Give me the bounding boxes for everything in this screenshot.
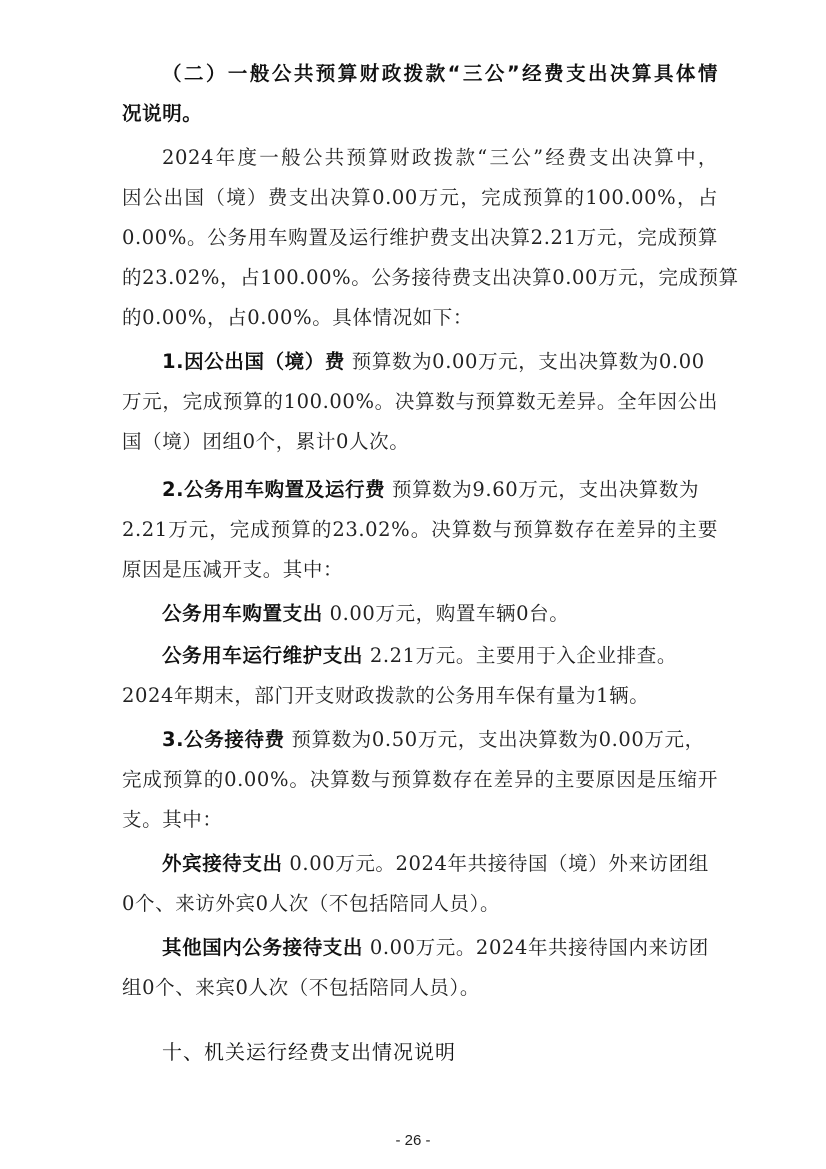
item3-foreign-line: 外宾接待支出 0.00万元。2024年共接待国（境）外来访团组 [162,850,718,878]
item2-maintenance-line-2: 2024年期末，部门开支财政拨款的公务用车保有量为1辆。 [122,682,718,710]
section-heading-line-2: 况说明。 [122,100,718,128]
item1-line-3: 国（境）团组0个，累计0人次。 [122,428,718,456]
item2-line-3: 原因是压减开支。其中： [122,556,718,584]
item1-title: 1.因公出国（境）费 [162,350,345,373]
item3-domestic-text: 0.00万元。2024年共接待国内来访团 [363,936,709,959]
item3-title: 3.公务接待费 [162,728,285,751]
next-section-heading: 十、机关运行经费支出情况说明 [162,1038,718,1066]
item3-domestic-title: 其他国内公务接待支出 [162,936,363,959]
item2-line-2: 2.21万元，完成预算的23.02%。决算数与预算数存在差异的主要 [122,516,718,544]
item2-text: 预算数为9.60万元，支出决算数为 [385,478,699,501]
item3-domestic-line: 其他国内公务接待支出 0.00万元。2024年共接待国内来访团 [162,934,718,962]
item2-purchase-line: 公务用车购置支出 0.00万元，购置车辆0台。 [162,600,718,628]
summary-line-1: 2024年度一般公共预算财政拨款“三公”经费支出决算中， [162,144,718,172]
item3-foreign-line-2: 0个、来访外宾0人次（不包括陪同人员）。 [122,890,718,918]
section-heading-line-1: （二）一般公共预算财政拨款“三公”经费支出决算具体情 [162,60,718,88]
item3-domestic-line-2: 组0个、来宾0人次（不包括陪同人员）。 [122,974,718,1002]
document-page: （二）一般公共预算财政拨款“三公”经费支出决算具体情 况说明。 2024年度一般… [0,0,826,1169]
summary-line-5: 的0.00%，占0.00%。具体情况如下： [122,304,718,332]
item3-foreign-title: 外宾接待支出 [162,852,283,875]
summary-line-2: 因公出国（境）费支出决算0.00万元，完成预算的100.00%，占 [122,184,718,212]
summary-line-3: 0.00%。公务用车购置及运行维护费支出决算2.21万元，完成预算 [122,224,718,252]
item2-maintenance-text: 2.21万元。主要用于入企业排查。 [363,644,677,667]
item1-first-line: 1.因公出国（境）费 预算数为0.00万元，支出决算数为0.00 [162,348,718,376]
item2-purchase-title: 公务用车购置支出 [162,602,323,625]
item2-title: 2.公务用车购置及运行费 [162,478,385,501]
item3-foreign-text: 0.00万元。2024年共接待国（境）外来访团组 [283,852,709,875]
item2-maintenance-title: 公务用车运行维护支出 [162,644,363,667]
item2-first-line: 2.公务用车购置及运行费 预算数为9.60万元，支出决算数为 [162,476,718,504]
item1-text: 预算数为0.00万元，支出决算数为0.00 [345,350,705,373]
item3-text: 预算数为0.50万元，支出决算数为0.00万元， [285,728,705,751]
item1-line-2: 万元，完成预算的100.00%。决算数与预算数无差异。全年因公出 [122,388,718,416]
item3-first-line: 3.公务接待费 预算数为0.50万元，支出决算数为0.00万元， [162,726,718,754]
page-number: - 26 - [0,1132,826,1149]
item2-purchase-text: 0.00万元，购置车辆0台。 [323,602,570,625]
summary-line-4: 的23.02%，占100.00%。公务接待费支出决算0.00万元，完成预算 [122,264,718,292]
item2-maintenance-line: 公务用车运行维护支出 2.21万元。主要用于入企业排查。 [162,642,718,670]
item3-line-3: 支。其中： [122,806,718,834]
item3-line-2: 完成预算的0.00%。决算数与预算数存在差异的主要原因是压缩开 [122,766,718,794]
